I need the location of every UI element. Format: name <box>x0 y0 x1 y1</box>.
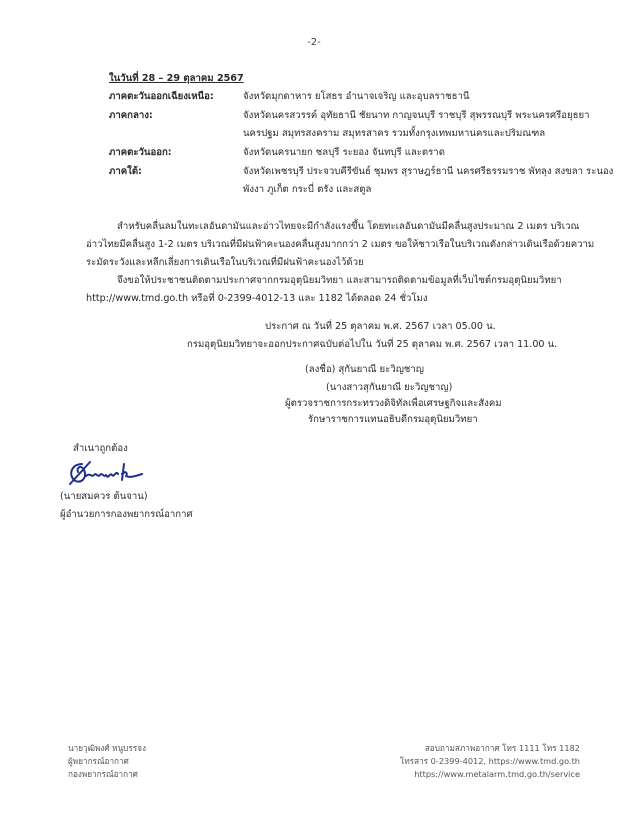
follow-paragraph-line-2: http://www.tmd.go.th หรือที่ 0-2399-4012… <box>86 291 428 306</box>
region-provinces-south: จังหวัดเพชรบุรี ประจวบคีรีขันธ์ ชุมพร สุ… <box>243 164 613 179</box>
footer-metalarm-link[interactable]: https://www.metalarm.tmd.go.th/service <box>414 769 580 780</box>
region-label-south: ภาคใต้: <box>109 164 142 179</box>
region-label-east: ภาคตะวันออก: <box>109 145 172 160</box>
next-announcement-time: กรมอุตุนิยมวิทยาจะออกประกาศฉบับต่อไปใน ว… <box>187 338 557 351</box>
footer-forecaster-title: ผู้พยากรณ์อากาศ <box>68 756 129 767</box>
date-heading: ในวันที่ 28 – 29 ตุลาคม 2567 <box>109 72 244 85</box>
signer-name: (นางสาวสุกันยาณี ยะวิญชาญ) <box>326 381 452 394</box>
handwritten-signature-icon <box>66 458 146 488</box>
wave-paragraph-line-2: อ่าวไทยมีคลื่นสูง 1-2 เมตร บริเวณที่มีฝน… <box>86 237 594 252</box>
footer-forecaster-name: นายวุฒิพงศ์ หนูบรรจง <box>68 743 146 754</box>
region-provinces-east: จังหวัดนครนายก ชลบุรี ระยอง จันทบุรี และ… <box>243 145 445 160</box>
certifier-name: (นายสมควร ต้นจาน) <box>60 490 148 503</box>
region-provinces-south-cont: พังงา ภูเก็ต กระบี่ ตรัง และสตูล <box>243 182 371 197</box>
wave-paragraph-line-3: ระมัดระวังและหลีกเลี่ยงการเดินเรือในบริเ… <box>86 255 364 270</box>
announced-time: ประกาศ ณ วันที่ 25 ตุลาคม พ.ศ. 2567 เวลา… <box>265 320 496 333</box>
footer-fax-website[interactable]: โทรสาร 0-2399-4012, https://www.tmd.go.t… <box>400 756 580 767</box>
region-provinces-central: จังหวัดนครสวรรค์ อุทัยธานี ชัยนาท กาญจนบ… <box>243 108 590 123</box>
region-label-central: ภาคกลาง: <box>109 108 153 123</box>
signer-position: ผู้ตรวจราชการกระทรวงดิจิทัลเพื่อเศรษฐกิจ… <box>285 397 502 410</box>
region-label-northeast: ภาคตะวันออกเฉียงเหนือ: <box>109 89 214 104</box>
footer-division: กองพยากรณ์อากาศ <box>68 769 138 780</box>
signer-acting-position: รักษาราชการแทนอธิบดีกรมอุตุนิยมวิทยา <box>308 413 478 426</box>
signed-by: (ลงชื่อ) สุกันยาณี ยะวิญชาญ <box>305 363 424 376</box>
region-provinces-northeast: จังหวัดมุกดาหาร ยโสธร อำนาจเจริญ และอุบล… <box>243 89 469 104</box>
footer-hotline: สอบถามสภาพอากาศ โทร 1111 โทร 1182 <box>425 743 580 754</box>
region-provinces-central-cont: นครปฐม สมุทรสงคราม สมุทรสาคร รวมทั้งกรุง… <box>243 126 545 141</box>
certified-copy-label: สำเนาถูกต้อง <box>73 442 128 455</box>
follow-paragraph-line-1: จึงขอให้ประชาชนติดตามประกาศจากกรมอุตุนิย… <box>117 273 562 288</box>
wave-paragraph-line-1: สำหรับคลื่นลมในทะเลอันดามันและอ่าวไทยจะม… <box>117 219 579 234</box>
page-number: -2- <box>0 37 628 48</box>
certifier-position: ผู้อำนวยการกองพยากรณ์อากาศ <box>60 508 193 521</box>
